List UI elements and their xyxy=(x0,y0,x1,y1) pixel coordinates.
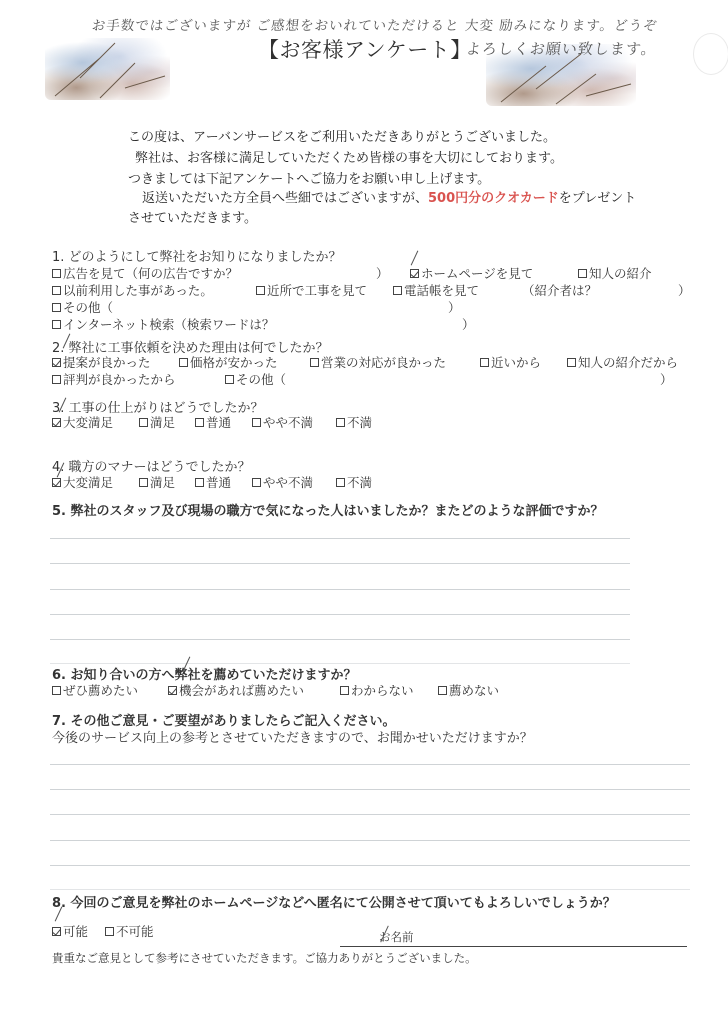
q2-option-good-proposal[interactable]: 提案が良かった xyxy=(52,353,151,371)
checkbox[interactable] xyxy=(195,418,204,427)
checkbox[interactable] xyxy=(52,303,61,312)
checkbox-checked[interactable] xyxy=(52,478,61,487)
checkbox[interactable] xyxy=(340,686,349,695)
q2-option-other[interactable]: その他（ xyxy=(225,370,286,388)
checkbox[interactable] xyxy=(393,286,402,295)
name-input-line[interactable] xyxy=(340,946,687,947)
q3-option-somewhat-dissatisfied[interactable]: やや不満 xyxy=(252,413,313,431)
checkbox[interactable] xyxy=(225,375,234,384)
answer-line[interactable] xyxy=(50,889,690,890)
q1-title: 1. どのようにして弊社をお知りになりましたか？ xyxy=(52,246,342,265)
checkbox[interactable] xyxy=(336,478,345,487)
q4-option-average[interactable]: 普通 xyxy=(195,473,231,491)
answer-line[interactable] xyxy=(50,865,690,866)
answer-line[interactable] xyxy=(50,563,630,564)
answer-line[interactable] xyxy=(50,814,690,815)
faint-stamp-circle xyxy=(693,33,728,75)
intro-line-4-before: 返送いただいた方全員へ些細ではございますが、 xyxy=(142,191,428,206)
checkbox[interactable] xyxy=(578,269,587,278)
page-title: 【お客様アンケート】 xyxy=(258,34,472,64)
q2-option-good-reputation[interactable]: 評判が良かったから xyxy=(52,370,176,388)
q2-option-nearby[interactable]: 近いから xyxy=(480,353,541,371)
checkbox-checked[interactable] xyxy=(52,358,61,367)
answer-line[interactable] xyxy=(50,538,630,539)
answer-line[interactable] xyxy=(50,589,630,590)
answer-line[interactable] xyxy=(50,639,630,640)
q1-option-phone-book[interactable]: 電話帳を見て xyxy=(393,281,479,299)
q1-advertisement-close-paren: ） xyxy=(376,264,389,282)
q2-option-acquaintance-referral[interactable]: 知人の紹介だから xyxy=(567,353,678,371)
answer-line[interactable] xyxy=(50,789,690,790)
q6-option-would-not-recommend[interactable]: 薦めない xyxy=(438,681,499,699)
q4-option-satisfied[interactable]: 満足 xyxy=(139,473,175,491)
checkbox-checked[interactable] xyxy=(52,418,61,427)
q1-internet-close-paren: ） xyxy=(462,315,475,333)
q1-option-used-before[interactable]: 以前利用した事があった。 xyxy=(52,281,213,299)
checkbox[interactable] xyxy=(52,375,61,384)
checkbox[interactable] xyxy=(310,358,319,367)
checkbox-checked[interactable] xyxy=(52,927,61,936)
q7-subtitle: 今後のサービス向上の参考とさせていただきますので、お聞かせいただけますか？ xyxy=(52,727,533,746)
q8-option-allowed[interactable]: 可能 xyxy=(52,922,88,940)
answer-line[interactable] xyxy=(50,614,630,615)
checkbox[interactable] xyxy=(139,418,148,427)
q2-other-close-paren: ） xyxy=(660,370,673,388)
checkbox-checked[interactable] xyxy=(410,269,419,278)
q1-referrer-label: （紹介者は？ xyxy=(522,281,597,299)
q1-option-other[interactable]: その他（ xyxy=(52,298,113,316)
quo-card-highlight: 500円分のクオカード xyxy=(428,191,559,206)
intro-line-4-after: をプレゼント xyxy=(559,191,636,206)
answer-line[interactable] xyxy=(50,764,690,765)
intro-line-5: させていただきます。 xyxy=(128,207,257,226)
q1-option-homepage[interactable]: ホームページを見て xyxy=(410,264,533,282)
checkbox-checked[interactable] xyxy=(168,686,177,695)
checkbox[interactable] xyxy=(52,286,61,295)
checkbox[interactable] xyxy=(52,269,61,278)
checkbox[interactable] xyxy=(252,418,261,427)
q6-option-definitely-recommend[interactable]: ぜひ薦めたい xyxy=(52,681,138,699)
handwritten-note-top: お手数ではございますが ご感想をおいれていただけると 大変 励みになります。どう… xyxy=(91,14,659,34)
q1-option-internet-search[interactable]: インターネット検索（検索ワードは？ xyxy=(52,315,274,333)
q2-option-good-sales-response[interactable]: 営業の対応が良かった xyxy=(310,353,446,371)
checkbox[interactable] xyxy=(105,927,114,936)
intro-line-3: つきましては下記アンケートへご協力をお願い申し上げます。 xyxy=(128,168,490,187)
closing-message: 貴重なご意見として参考にさせていただきます。ご協力ありがとうございました。 xyxy=(52,950,477,966)
handwritten-note-right: よろしくお願い致します。 xyxy=(465,38,658,59)
checkbox[interactable] xyxy=(438,686,447,695)
checkbox[interactable] xyxy=(52,686,61,695)
checkbox[interactable] xyxy=(256,286,265,295)
q8-option-not-allowed[interactable]: 不可能 xyxy=(105,922,154,940)
checkbox[interactable] xyxy=(52,320,61,329)
intro-line-1: この度は、アーバンサービスをご利用いただきありがとうございました。 xyxy=(128,126,556,145)
checkbox[interactable] xyxy=(195,478,204,487)
q8-title: 8. 今回のご意見を弊社のホームページなどへ匿名にて公開させて頂いてもよろしいで… xyxy=(52,892,616,911)
q1-option-acquaintance[interactable]: 知人の紹介 xyxy=(578,264,652,282)
checkbox[interactable] xyxy=(179,358,188,367)
q3-option-average[interactable]: 普通 xyxy=(195,413,231,431)
q4-option-very-satisfied[interactable]: 大変満足 xyxy=(52,473,113,491)
q1-option-advertisement[interactable]: 広告を見て（何の広告ですか？ xyxy=(52,264,238,282)
q1-referrer-close-paren: ） xyxy=(678,281,691,299)
q5-title: 5. 弊社のスタッフ及び現場の職方で気になった人はいましたか？またどのような評価… xyxy=(52,500,604,519)
q4-option-somewhat-dissatisfied[interactable]: やや不満 xyxy=(252,473,313,491)
q6-option-not-sure[interactable]: わからない xyxy=(340,681,414,699)
checkbox[interactable] xyxy=(139,478,148,487)
q3-option-very-satisfied[interactable]: 大変満足 xyxy=(52,413,113,431)
q1-other-close-paren: ） xyxy=(448,298,461,316)
q2-option-low-price[interactable]: 価格が安かった xyxy=(179,353,278,371)
checkbox[interactable] xyxy=(567,358,576,367)
branch-icon xyxy=(45,38,170,100)
checkbox[interactable] xyxy=(252,478,261,487)
intro-line-2: 弊社は、お客様に満足していただくため皆様の事を大切にしております。 xyxy=(135,147,563,166)
q6-option-recommend-if-chance[interactable]: 機会があれば薦めたい xyxy=(168,681,304,699)
checkbox[interactable] xyxy=(336,418,345,427)
q3-option-satisfied[interactable]: 満足 xyxy=(139,413,175,431)
q1-option-saw-nearby-work[interactable]: 近所で工事を見て xyxy=(256,281,367,299)
q4-option-dissatisfied[interactable]: 不満 xyxy=(336,473,372,491)
checkbox[interactable] xyxy=(480,358,489,367)
intro-line-4: 返送いただいた方全員へ些細ではございますが、500円分のクオカードをプレゼント xyxy=(142,187,636,206)
q3-option-dissatisfied[interactable]: 不満 xyxy=(336,413,372,431)
answer-line[interactable] xyxy=(50,840,690,841)
cherry-blossom-illustration-left xyxy=(45,38,170,100)
